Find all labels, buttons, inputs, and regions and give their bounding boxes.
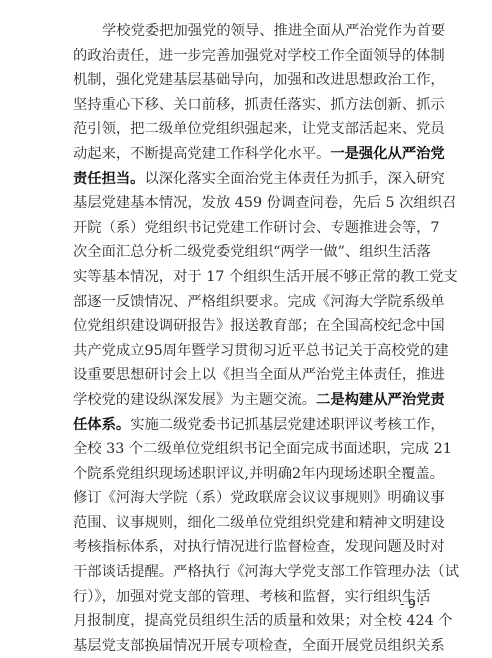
text-line: 部逐一反馈情况、严格组织要求。完成《河海大学院系级单 xyxy=(73,290,421,315)
text-segment: 行）》，加强对党支部的管理、考核和监督，实行组织生活 xyxy=(73,589,430,605)
text-segment: 部逐一反馈情况、严格组织要求。完成《河海大学院系级单 xyxy=(73,294,445,310)
text-line: 机制，强化党建基层基础导向，加强和改进思想政治工作， xyxy=(73,68,421,93)
text-segment: 开院（系）党组织书记党建工作研讨会、专题推进会等，7 xyxy=(73,220,440,236)
text-line: 的政治责任，进一步完善加强党对学校工作全面领导的体制 xyxy=(73,44,421,69)
bold-heading-text: 一是强化从严治党 xyxy=(330,146,444,162)
text-line: 行）》，加强对党支部的管理、考核和监督，实行组织生活 xyxy=(73,585,421,610)
text-segment: 设重要思想研讨会上以《担当全面从严治党主体责任，推进 xyxy=(73,367,445,383)
text-segment: 次全面汇总分析二级党委党组织“两学一做”、组织生活落 xyxy=(73,244,431,260)
text-segment: 月报制度，提高党员组织生活的质量和效果；对全校 424 个 xyxy=(73,613,453,629)
text-line: 任体系。实施二级党委书记抓基层党建述职评议考核工作， xyxy=(73,413,421,438)
document-page: 学校党委把加强党的领导、推进全面从严治党作为首要的政治责任，进一步完善加强党对学… xyxy=(0,0,492,658)
text-line: 范围、议事规则，细化二级单位党组织党建和精神文明建设 xyxy=(73,511,421,536)
text-line: 坚持重心下移、关口前移，抓责任落实、抓方法创新、抓示 xyxy=(73,93,421,118)
text-segment: 范引领，把二级单位党组织强起来，让党支部活起来、党员 xyxy=(73,121,445,137)
bold-heading-text: 责任担当。 xyxy=(73,171,144,187)
page-number: - 9 - xyxy=(392,597,432,611)
text-segment: 学校党委把加强党的领导、推进全面从严治党作为首要 xyxy=(102,23,445,39)
bold-heading-text: 二是构建从严治党责 xyxy=(316,392,445,408)
text-segment: 基层党支部换届情况开展专项检查，全面开展党员组织关系 xyxy=(73,638,445,654)
text-line: 全校 33 个二级单位党组织书记全面完成书面述职，完成 21 xyxy=(73,437,421,462)
text-segment: 共产党成立95周年暨学习贯彻习近平总书记关于高校党的建 xyxy=(73,343,449,359)
text-segment: 干部谈话提醒。严格执行《河海大学党支部工作管理办法（试 xyxy=(73,564,459,580)
text-segment: 基层党建基本情况，发放 459 份调查问卷，先后 5 次组织召 xyxy=(73,195,456,211)
text-segment: 学校党的建设纵深发展》为主题交流。 xyxy=(73,392,316,408)
text-segment: 考核指标体系，对执行情况进行监督检查，发现问题及时对 xyxy=(73,539,445,555)
text-segment: 的政治责任，进一步完善加强党对学校工作全面领导的体制 xyxy=(73,48,445,64)
text-line: 基层党支部换届情况开展专项检查，全面开展党员组织关系 xyxy=(73,634,421,658)
text-segment: 实等基本情况，对于 17 个组织生活开展不够正常的教工党支 xyxy=(73,269,458,285)
body-paragraph: 学校党委把加强党的领导、推进全面从严治党作为首要的政治责任，进一步完善加强党对学… xyxy=(73,19,421,658)
text-line: 月报制度，提高党员组织生活的质量和效果；对全校 424 个 xyxy=(73,609,421,634)
text-line: 实等基本情况，对于 17 个组织生活开展不够正常的教工党支 xyxy=(73,265,421,290)
text-line: 范引领，把二级单位党组织强起来，让党支部活起来、党员 xyxy=(73,117,421,142)
text-line: 次全面汇总分析二级党委党组织“两学一做”、组织生活落 xyxy=(73,240,421,265)
text-segment: 机制，强化党建基层基础导向，加强和改进思想政治工作， xyxy=(73,72,445,88)
text-line: 学校党的建设纵深发展》为主题交流。二是构建从严治党责 xyxy=(73,388,421,413)
text-line: 考核指标体系，对执行情况进行监督检查，发现问题及时对 xyxy=(73,535,421,560)
text-line: 位党组织建设调研报告》报送教育部；在全国高校纪念中国 xyxy=(73,314,421,339)
text-line: 基层党建基本情况，发放 459 份调查问卷，先后 5 次组织召 xyxy=(73,191,421,216)
text-segment: 全校 33 个二级单位党组织书记全面完成书面述职，完成 21 xyxy=(73,441,452,457)
text-segment: 以深化落实全面治党主体责任为抓手，深入研究 xyxy=(144,171,444,187)
text-line: 共产党成立95周年暨学习贯彻习近平总书记关于高校党的建 xyxy=(73,339,421,364)
bold-heading-text: 任体系。 xyxy=(73,417,130,433)
text-segment: 动起来，不断提高党建工作科学化水平。 xyxy=(73,146,330,162)
text-segment: 个院系党组织现场述职评议,并明确2年内现场述职全覆盖。 xyxy=(73,466,444,482)
text-line: 学校党委把加强党的领导、推进全面从严治党作为首要 xyxy=(73,19,421,44)
text-line: 个院系党组织现场述职评议,并明确2年内现场述职全覆盖。 xyxy=(73,462,421,487)
text-line: 设重要思想研讨会上以《担当全面从严治党主体责任，推进 xyxy=(73,363,421,388)
text-line: 动起来，不断提高党建工作科学化水平。一是强化从严治党 xyxy=(73,142,421,167)
text-line: 干部谈话提醒。严格执行《河海大学党支部工作管理办法（试 xyxy=(73,560,421,585)
text-line: 责任担当。以深化落实全面治党主体责任为抓手，深入研究 xyxy=(73,167,421,192)
text-segment: 实施二级党委书记抓基层党建述职评议考核工作， xyxy=(130,417,445,433)
text-line: 开院（系）党组织书记党建工作研讨会、专题推进会等，7 xyxy=(73,216,421,241)
text-segment: 坚持重心下移、关口前移，抓责任落实、抓方法创新、抓示 xyxy=(73,97,445,113)
text-segment: 位党组织建设调研报告》报送教育部；在全国高校纪念中国 xyxy=(73,318,445,334)
text-segment: 修订《河海大学院（系）党政联席会议议事规则》明确议事 xyxy=(73,490,445,506)
text-line: 修订《河海大学院（系）党政联席会议议事规则》明确议事 xyxy=(73,486,421,511)
text-segment: 范围、议事规则，细化二级单位党组织党建和精神文明建设 xyxy=(73,515,445,531)
